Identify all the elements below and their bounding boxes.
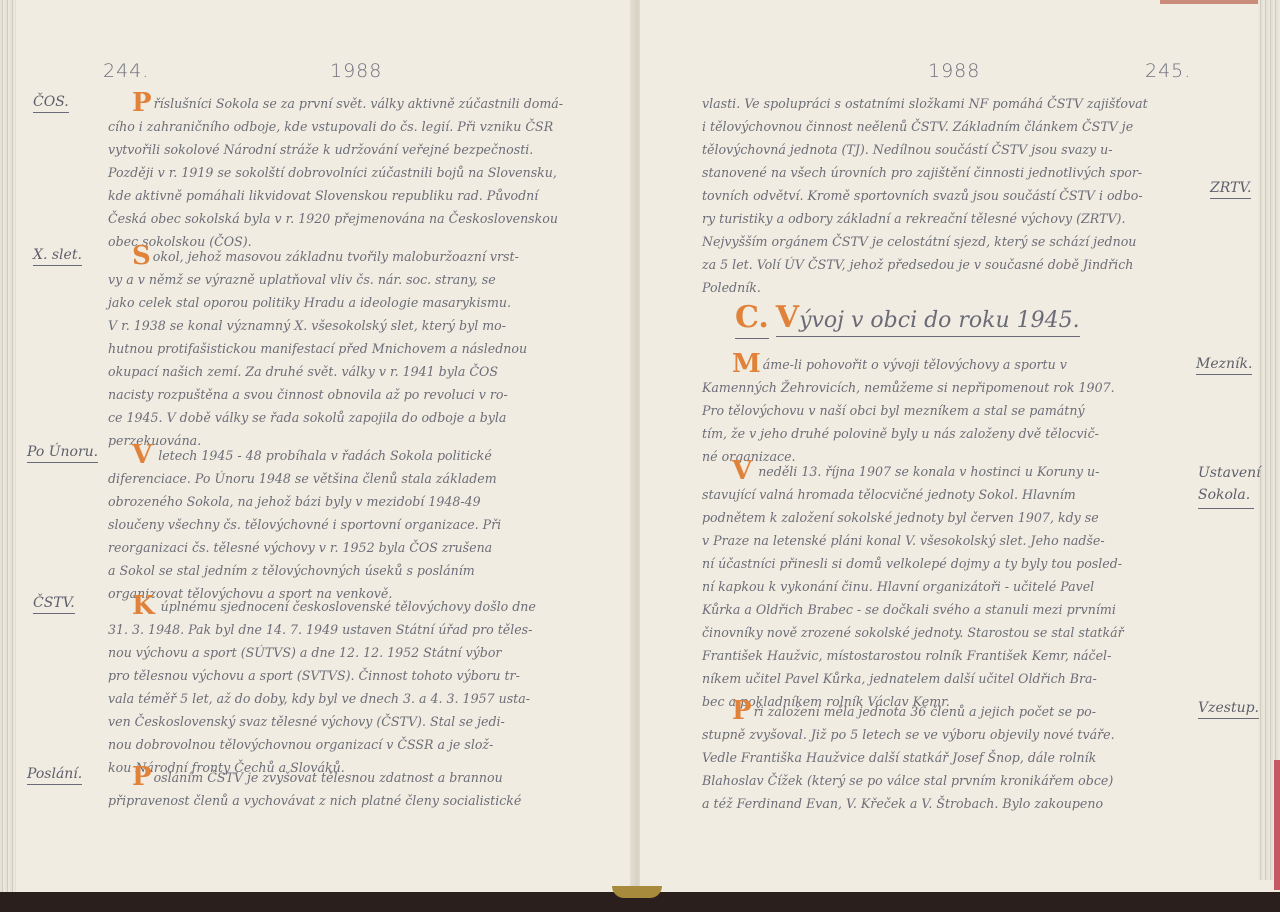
text-line: Vedle Františka Haužvice další statkář J…	[702, 746, 1202, 769]
text-line: činovníky nově zrozené sokolské jednoty.…	[702, 621, 1202, 644]
page-number-left: 244.	[103, 60, 149, 82]
text-line: sloučeny všechny čs. tělovýchovné i spor…	[108, 513, 608, 536]
text-line: stupně zvyšoval. Již po 5 letech se ve v…	[702, 723, 1202, 746]
text-line: cího i zahraničního odboje, kde vstupova…	[108, 115, 608, 138]
paragraph-poslani: Posláním ČSTV je zvyšovat tělesnou zdatn…	[108, 766, 608, 812]
margin-note-vzestup: Vzestup.	[1198, 700, 1259, 719]
initial-letter: P	[132, 93, 152, 113]
text-line: ní účastníci přinesli si domů velkolepé …	[702, 552, 1202, 575]
margin-note-po-unoru: Po Únoru.	[27, 444, 98, 463]
text-line: kde aktivně pomáhali likvidovat Slovensk…	[108, 184, 608, 207]
paragraph-continuation: vlasti. Ve spolupráci s ostatními složka…	[702, 92, 1202, 299]
text-line: tělovýchovná jednota (TJ). Nedílnou souč…	[702, 138, 1202, 161]
text-line: Nejvyšším orgánem ČSTV je celostátní sje…	[702, 230, 1202, 253]
margin-note-ustaveni-sokola: Ustavení Sokola.	[1198, 462, 1254, 509]
text-line: níkem učitel Pavel Kůrka, jednatelem dal…	[702, 667, 1202, 690]
text-line: reorganizaci čs. tělesné výchovy v r. 19…	[108, 536, 608, 559]
text-line: ce 1945. V době války se řada sokolů zap…	[108, 406, 608, 429]
text-line: ven Československý svaz tělesné výchovy …	[108, 710, 608, 733]
initial-letter: V	[732, 461, 752, 481]
text-line: ři založení měla jednota 36 členů a jeji…	[754, 704, 1096, 719]
text-line: okol, jehož masovou základnu tvořily mal…	[153, 249, 519, 264]
text-line: vytvořili sokolové Národní stráže k udrž…	[108, 138, 608, 161]
initial-letter: P	[132, 767, 152, 787]
text-line: nou výchovu a sport (SÚTVS) a dne 12. 12…	[108, 641, 608, 664]
text-line: neděli 13. října 1907 se konala v hostin…	[754, 464, 1099, 479]
text-line: stanovené na všech úrovních pro zajištěn…	[702, 161, 1202, 184]
left-page: 244. 1988 ČOS. Příslušníci Sokola se za …	[0, 0, 636, 892]
text-line: pro tělesnou výchovu a sport (SVTVS). Či…	[108, 664, 608, 687]
text-line: nou dobrovolnou tělovýchovnou organizací…	[108, 733, 608, 756]
margin-note-poslani: Poslání.	[27, 766, 82, 785]
initial-letter: K	[132, 596, 155, 616]
text-line: diferenciace. Po Únoru 1948 se většina č…	[108, 467, 608, 490]
paragraph-ustaveni: V neděli 13. října 1907 se konala v host…	[702, 460, 1202, 713]
text-line: jako celek stal oporou politiky Hradu a …	[108, 291, 608, 314]
text-line: v Praze na letenské pláni konal V. všeso…	[702, 529, 1202, 552]
text-line: František Haužvic, místostarostou rolník…	[702, 644, 1202, 667]
initial-letter: S	[132, 246, 151, 266]
text-line: ry turistiky a odbory základní a rekreač…	[702, 207, 1202, 230]
paragraph-po-unoru: V letech 1945 - 48 probíhala v řadách So…	[108, 444, 608, 605]
paragraph-meznik: Máme-li pohovořit o vývoji tělovýchovy a…	[702, 353, 1202, 468]
year-right: 1988	[928, 60, 980, 82]
text-line: Později v r. 1919 se sokolští dobrovolní…	[108, 161, 608, 184]
paragraph-cstv: K úplnému sjednocení československé tělo…	[108, 595, 608, 779]
text-line: vy a v němž se výrazně uplatňoval vliv č…	[108, 268, 608, 291]
initial-letter: V	[132, 445, 152, 465]
text-line: Kůrka a Oldřich Brabec - se dočkali svéh…	[702, 598, 1202, 621]
open-book: 244. 1988 ČOS. Příslušníci Sokola se za …	[0, 0, 1280, 892]
text-line: 31. 3. 1948. Pak byl dne 14. 7. 1949 ust…	[108, 618, 608, 641]
page-number-right: 245.	[1145, 60, 1191, 82]
text-line: nacisty rozpuštěna a svou činnost obnovi…	[108, 383, 608, 406]
margin-note-meznik: Mezník.	[1196, 356, 1252, 375]
text-line: letech 1945 - 48 probíhala v řadách Soko…	[154, 448, 492, 463]
text-line: osláním ČSTV je zvyšovat tělesnou zdatno…	[154, 770, 503, 785]
text-line: Poledník.	[702, 276, 1202, 299]
text-line: říslušníci Sokola se za první svět. válk…	[154, 96, 564, 111]
margin-note-zrtv: ZRTV.	[1210, 180, 1251, 199]
paragraph-vzestup: Při založení měla jednota 36 členů a jej…	[702, 700, 1202, 815]
text-line: vlasti. Ve spolupráci s ostatními složka…	[702, 92, 1202, 115]
cover-edge-red	[1274, 760, 1280, 890]
text-line: a Sokol se stal jedním z tělovýchovných …	[108, 559, 608, 582]
text-line: i tělovýchovnou činnost neělenů ČSTV. Zá…	[702, 115, 1202, 138]
initial-letter: P	[732, 701, 752, 721]
text-line: tovních odvětví. Kromě sportovních svazů…	[702, 184, 1202, 207]
text-line: a též Ferdinand Evan, V. Křeček a V. Štr…	[702, 792, 1202, 815]
text-line: Blahoslav Čížek (který se po válce stal …	[702, 769, 1202, 792]
page-edges-left	[0, 0, 16, 892]
text-line: Pro tělovýchovu v naší obci byl mezníkem…	[702, 399, 1202, 422]
heading-text: ývoj v obci do roku 1945.	[799, 308, 1080, 333]
text-line: obrozeného Sokola, na jehož bázi byly v …	[108, 490, 608, 513]
text-line: V r. 1938 se konal významný X. všesokols…	[108, 314, 608, 337]
text-line: ní kapkou k vykonání činu. Hlavní organi…	[702, 575, 1202, 598]
initial-letter: V	[776, 300, 799, 335]
margin-note-x-slet: X. slet.	[33, 247, 82, 266]
section-heading-text: Vývoj v obci do roku 1945.	[776, 308, 1080, 337]
text-line: Česká obec sokolská byla v r. 1920 přejm…	[108, 207, 608, 230]
text-line: okupací našich zemí. Za druhé svět. válk…	[108, 360, 608, 383]
margin-note-cstv: ČSTV.	[33, 595, 75, 614]
text-line: vala téměř 5 let, až do doby, kdy byl ve…	[108, 687, 608, 710]
paragraph-sokol: Sokol, jehož masovou základnu tvořily ma…	[108, 245, 608, 452]
text-line: připravenost členů a vychovávat z nich p…	[108, 789, 608, 812]
bookmark-ribbon	[612, 886, 662, 898]
paragraph-cos: Příslušníci Sokola se za první svět. vál…	[108, 92, 608, 253]
text-line: áme-li pohovořit o vývoji tělovýchovy a …	[763, 357, 1067, 372]
text-line: hutnou protifašistickou manifestací před…	[108, 337, 608, 360]
page-edges-right	[1258, 0, 1280, 880]
initial-letter: M	[732, 354, 761, 374]
text-line: podnětem k založení sokolské jednoty byl…	[702, 506, 1202, 529]
text-line: tím, že v jeho druhé polovině byly u nás…	[702, 422, 1202, 445]
section-heading: C. Vývoj v obci do roku 1945.	[735, 300, 1080, 335]
text-line: za 5 let. Volí ÚV ČSTV, jehož předsedou …	[702, 253, 1202, 276]
section-letter: C.	[735, 300, 769, 339]
text-line: úplnému sjednocení československé tělový…	[157, 599, 536, 614]
text-line: Kamenných Žehrovicích, nemůžeme si nepři…	[702, 376, 1202, 399]
year-left: 1988	[330, 60, 382, 82]
margin-note-cos: ČOS.	[33, 94, 69, 113]
text-line: stavující valná hromada tělocvičné jedno…	[702, 483, 1202, 506]
